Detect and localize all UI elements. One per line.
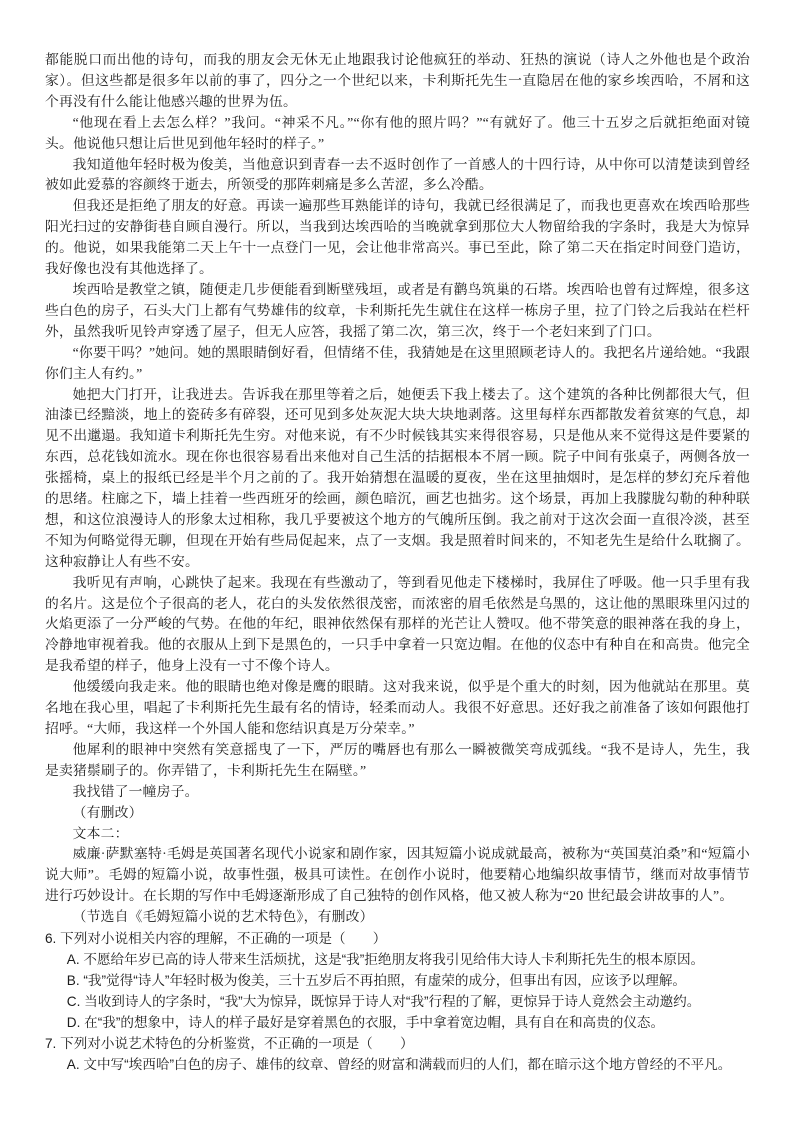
passage-paragraph: “你要干吗？”她问。她的黑眼睛倒好看，但情绪不佳，我猜她是在这里照顾老诗人的。我… xyxy=(45,343,750,385)
question-6-option-c: C. 当收到诗人的字条时，“我”大为惊异，既惊异于诗人对“我”行程的了解，更惊异… xyxy=(45,991,750,1012)
passage-paragraph: 我知道他年轻时极为俊美，当他意识到青春一去不返时创作了一首感人的十四行诗，从中你… xyxy=(45,155,750,197)
passage-paragraph: 我听见有声响，心跳快了起来。我现在有些激动了，等到看见他走下楼梯时，我屏住了呼吸… xyxy=(45,573,750,678)
question-6-option-d: D. 在“我”的想象中，诗人的样子最好是穿着黑色的衣服，手中拿着宽边帽，具有自在… xyxy=(45,1012,750,1033)
passage-paragraph: 我找错了一幢房子。 xyxy=(45,782,750,803)
passage-two-body: 威廉·萨默塞特·毛姆是英国著名现代小说家和剧作家，因其短篇小说成就最高，被称为“… xyxy=(45,844,750,907)
passage-paragraph: 他缓缓向我走来。他的眼睛也绝对像是鹰的眼睛。这对我来说，似乎是个重大的时刻，因为… xyxy=(45,677,750,740)
question-6-option-b: B. “我”觉得“诗人”年轻时极为俊美，三十五岁后不再拍照，有虚荣的成分，但事出… xyxy=(45,970,750,991)
passage-paragraph: 他犀利的眼神中突然有笑意摇曳了一下，严厉的嘴唇也有那么一瞬被微笑弯成弧线。“我不… xyxy=(45,740,750,782)
passage-two-heading: 文本二： xyxy=(45,824,750,845)
passage-paragraph: 但我还是拒绝了朋友的好意。再读一遍那些耳熟能详的诗句，我就已经很满足了，而我也更… xyxy=(45,196,750,280)
question-7-stem: 7. 下列对小说艺术特色的分析鉴赏，不正确的一项是（ ） xyxy=(45,1033,750,1054)
question-7-option-a: A. 文中写“埃西哈”白色的房子、雄伟的纹章、曾经的财富和满载而归的人们，都在暗… xyxy=(45,1054,750,1075)
passage-paragraph: “他现在看上去怎么样？”我问。“神采不凡。”“你有他的照片吗？”“有就好了。他三… xyxy=(45,113,750,155)
question-6: 6. 下列对小说相关内容的理解，不正确的一项是（ ） A. 不愿给年岁已高的诗人… xyxy=(45,928,750,1033)
deletion-note: （有删改） xyxy=(45,803,750,824)
question-7: 7. 下列对小说艺术特色的分析鉴赏，不正确的一项是（ ） A. 文中写“埃西哈”… xyxy=(45,1033,750,1075)
passage-one: 都能脱口而出他的诗句，而我的朋友会无休无止地跟我讨论他疯狂的举动、狂热的演说（诗… xyxy=(45,50,750,824)
question-section: 6. 下列对小说相关内容的理解，不正确的一项是（ ） A. 不愿给年岁已高的诗人… xyxy=(45,928,750,1075)
passage-paragraph: 埃西哈是教堂之镇，随便走几步便能看到断壁残垣，或者是有鹳鸟筑巢的石塔。埃西哈也曾… xyxy=(45,280,750,343)
exam-page: 都能脱口而出他的诗句，而我的朋友会无休无止地跟我讨论他疯狂的举动、狂热的演说（诗… xyxy=(0,0,794,1122)
question-6-option-a: A. 不愿给年岁已高的诗人带来生活烦扰，这是“我”拒绝朋友将我引见给伟大诗人卡利… xyxy=(45,949,750,970)
question-6-stem: 6. 下列对小说相关内容的理解，不正确的一项是（ ） xyxy=(45,928,750,949)
passage-paragraph: 都能脱口而出他的诗句，而我的朋友会无休无止地跟我讨论他疯狂的举动、狂热的演说（诗… xyxy=(45,50,750,113)
passage-paragraph: 她把大门打开，让我进去。告诉我在那里等着之后，她便丢下我上楼去了。这个建筑的各种… xyxy=(45,385,750,573)
source-note: （节选自《毛姆短篇小说的艺术特色》，有删改） xyxy=(45,907,750,928)
passage-two: 文本二： 威廉·萨默塞特·毛姆是英国著名现代小说家和剧作家，因其短篇小说成就最高… xyxy=(45,824,750,929)
